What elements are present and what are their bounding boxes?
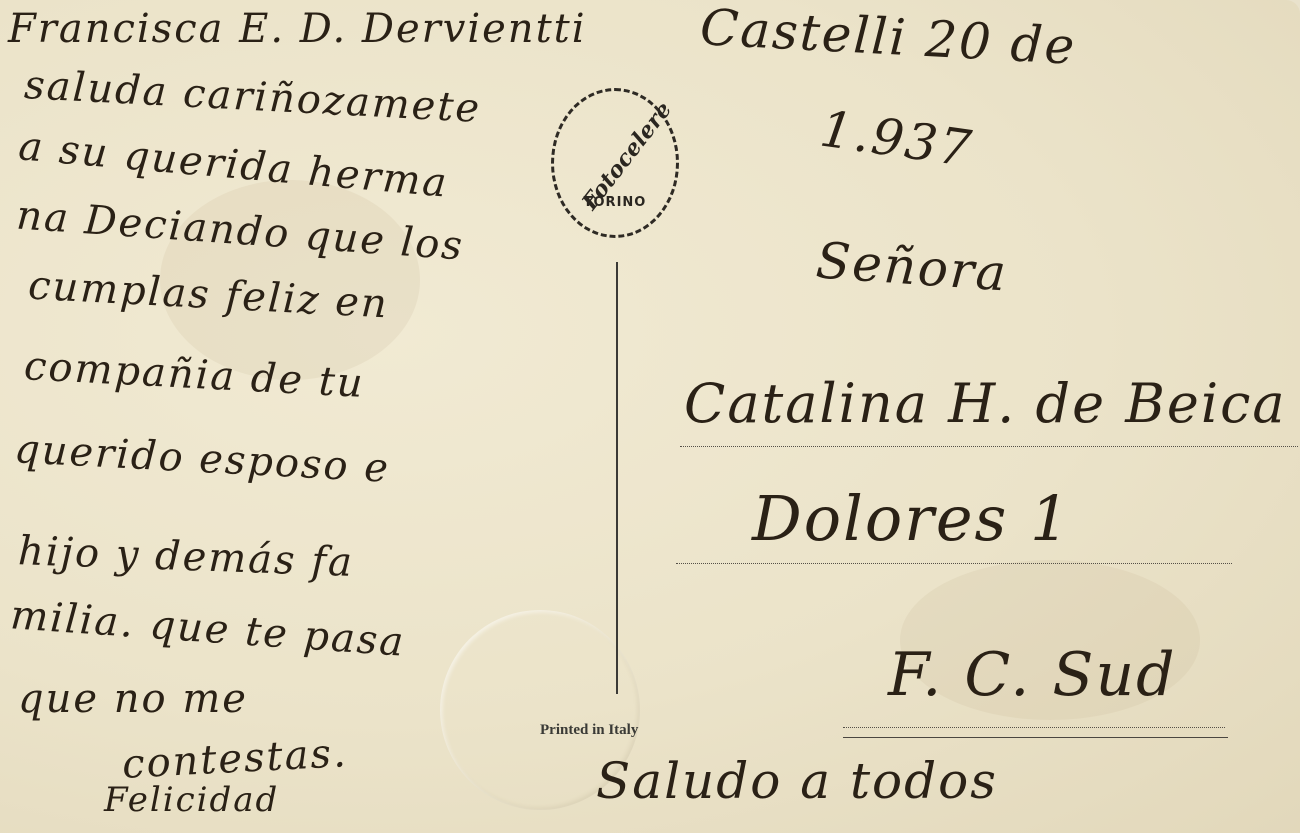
publisher-logo: Fotocelere TORINO <box>551 88 679 238</box>
message-line: Francisca E. D. Dervientti <box>8 6 587 52</box>
message-line: saluda cariñozamete <box>23 62 482 132</box>
address-line-1 <box>680 446 1298 447</box>
message-line: querido esposo e <box>13 426 391 492</box>
message-line: milia. que te pasa <box>9 592 407 665</box>
recipient-street: Dolores 1 <box>752 482 1072 555</box>
message-line: que no me <box>18 676 248 722</box>
address-line-3-underline <box>843 737 1228 738</box>
postcard-back: Francisca E. D. Dervientti saluda cariño… <box>0 0 1300 833</box>
address-line-2 <box>676 563 1232 564</box>
message-line: hijo y demás fa <box>17 528 354 586</box>
recipient-city: F. C. Sud <box>888 640 1177 710</box>
center-divider <box>616 262 618 694</box>
place-date: Castelli 20 de <box>699 0 1078 76</box>
signature: Felicidad <box>104 780 279 820</box>
printed-in-label: Printed in Italy <box>540 722 638 739</box>
footer-note: Saludo a todos <box>596 752 998 810</box>
address-line-3 <box>843 727 1225 728</box>
year: 1.937 <box>817 100 977 179</box>
recipient-name: Catalina H. de Beica <box>684 372 1287 435</box>
salutation: Señora <box>814 231 1009 302</box>
publisher-logo-city: TORINO <box>554 195 676 210</box>
